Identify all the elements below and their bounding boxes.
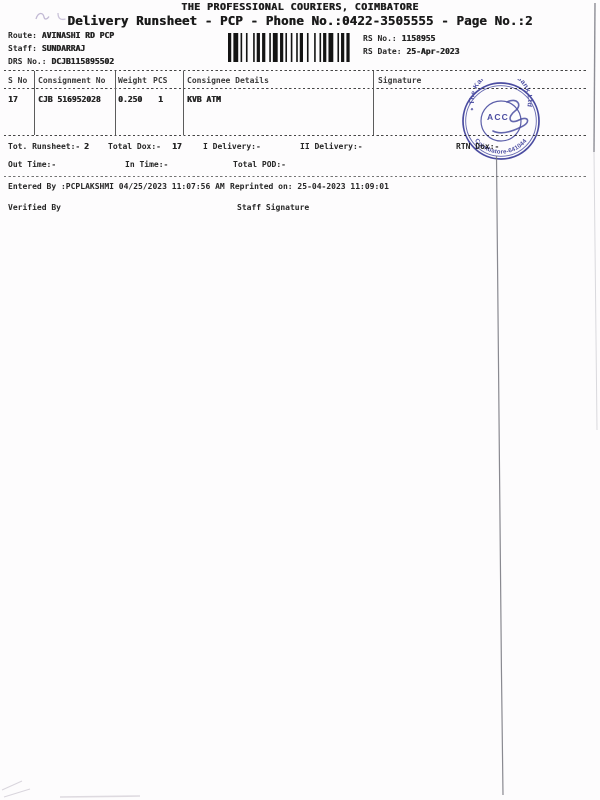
tot-runsheet-value: 2: [84, 142, 89, 152]
company-title: THE PROFESSIONAL COURIERS, COIMBATORE: [181, 3, 419, 13]
row-consignment: CJB 516952028: [38, 95, 101, 105]
row-weight: 0.250: [118, 95, 142, 105]
col-header-sno: S No: [8, 76, 27, 86]
tot-runsheet-label: Tot. Runsheet:-: [8, 142, 80, 152]
route-label: Route:: [8, 31, 37, 40]
rs-no-label: RS No.:: [363, 34, 397, 43]
staff-signature-label: Staff Signature: [237, 203, 309, 213]
reprinted-on-text: Reprinted on: 25-04-2023 11:09:01: [230, 182, 389, 192]
row-consignee: KVB ATM: [187, 95, 221, 105]
drs-value: DCJB115895502: [47, 57, 114, 66]
col-header-consignment: Consignment No: [38, 76, 105, 86]
staff-value: SUNDARRAJ: [37, 44, 85, 53]
in-time-label: In Time:-: [125, 160, 168, 170]
corner-scratch: [2, 781, 30, 797]
row-sno: 17: [8, 95, 18, 105]
runsheet-title: Delivery Runsheet - PCP - Phone No.:0422…: [67, 14, 532, 28]
staff-line: Staff:SUNDARRAJ: [8, 44, 85, 54]
table-column-divider: [34, 71, 35, 135]
col-header-pcs: PCS: [153, 76, 167, 86]
table-column-divider: [373, 71, 374, 135]
total-dox-value: 17: [172, 142, 182, 152]
stamp-center-text: ACC: [487, 112, 509, 122]
rs-no-line: RS No.:1158955: [363, 34, 435, 44]
rs-number-barcode: [228, 33, 350, 62]
route-value: AVINASHI RD PCP: [37, 31, 114, 40]
document-page: THE PROFESSIONAL COURIERS, COIMBATORE De…: [0, 0, 600, 800]
dotted-separator: [4, 176, 586, 177]
drs-line: DRS No.:DCJB115895502: [8, 57, 114, 67]
table-column-divider: [115, 71, 116, 135]
rs-date-line: RS Date:25-Apr-2023: [363, 47, 459, 57]
bank-approval-stamp: * The Karur Vysya Bank Ltd * Coimbatore-…: [459, 79, 543, 163]
page-edge-line: [594, 3, 595, 152]
col-header-weight: Weight: [118, 76, 147, 86]
paper-fold-line: [497, 156, 504, 795]
verified-by-label: Verified By: [8, 203, 61, 213]
row-pcs: 1: [158, 95, 163, 105]
rs-date-label: RS Date:: [363, 47, 402, 56]
page-edge-line-faded: [594, 152, 597, 430]
total-dox-label: Total Dox:-: [108, 142, 161, 152]
total-pod-label: Total POD:-: [233, 160, 286, 170]
col-header-consignee: Consignee Details: [187, 76, 269, 86]
table-column-divider: [183, 71, 184, 135]
drs-label: DRS No.:: [8, 57, 47, 66]
ii-delivery-label: II Delivery:-: [300, 142, 363, 152]
dotted-separator: [4, 70, 586, 71]
bottom-smudge: [60, 796, 140, 797]
entered-by-text: Entered By :PCPLAKSHMI 04/25/2023 11:07:…: [8, 182, 225, 192]
i-delivery-label: I Delivery:-: [203, 142, 261, 152]
staff-label: Staff:: [8, 44, 37, 53]
col-header-signature: Signature: [378, 76, 421, 86]
out-time-label: Out Time:-: [8, 160, 56, 170]
rs-date-value: 25-Apr-2023: [402, 47, 460, 56]
route-line: Route:AVINASHI RD PCP: [8, 31, 114, 41]
rs-no-value: 1158955: [397, 34, 436, 43]
